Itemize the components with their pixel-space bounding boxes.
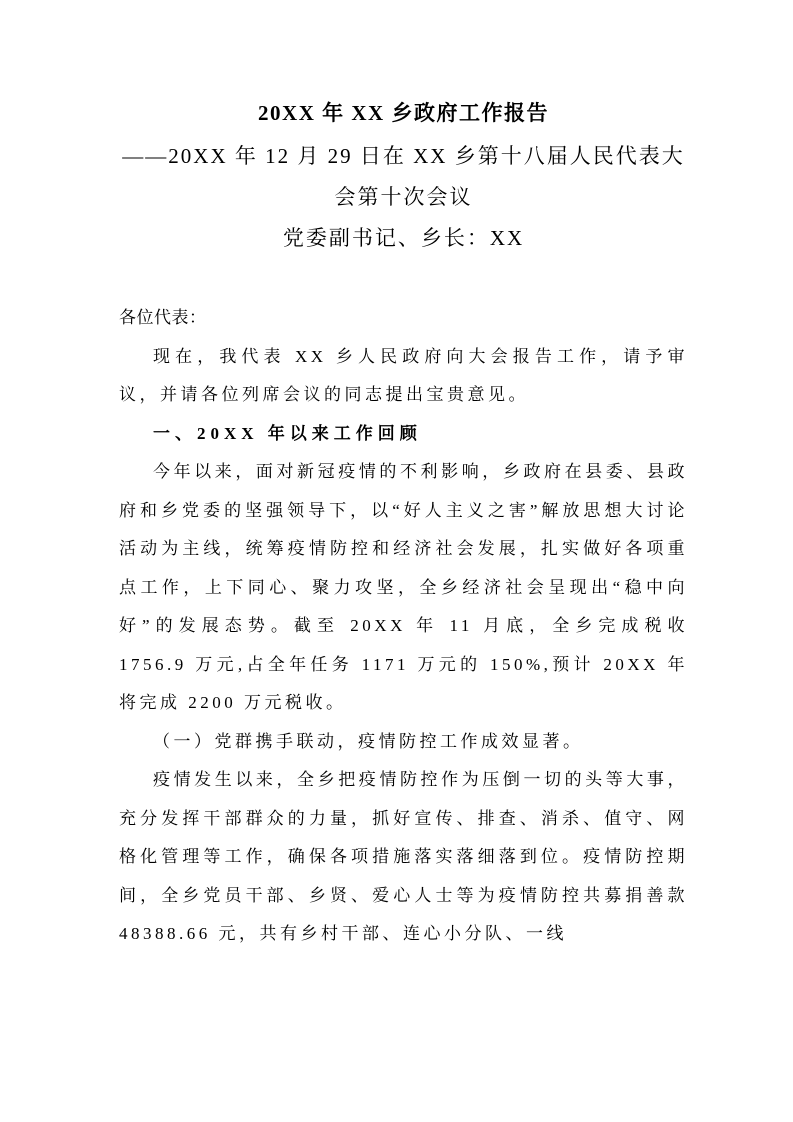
doc-subtitle: ——20XX 年 12 月 29 日在 XX 乡第十八届人民代表大会第十次会议 xyxy=(119,136,688,218)
paragraph-intro: 现在，我代表 XX 乡人民政府向大会报告工作，请予审议，并请各位列席会议的同志提… xyxy=(119,338,688,415)
document-page: 20XX 年 XX 乡政府工作报告 ——20XX 年 12 月 29 日在 XX… xyxy=(0,0,793,1122)
paragraph-review: 今年以来，面对新冠疫情的不利影响，乡政府在县委、县政府和乡党委的坚强领导下，以“… xyxy=(119,453,688,723)
paragraph-epidemic: 疫情发生以来，全乡把疫情防控作为压倒一切的头等大事，充分发挥干部群众的力量，抓好… xyxy=(119,761,688,954)
author-line: 党委副书记、乡长：XX xyxy=(119,218,688,259)
doc-title: 20XX 年 XX 乡政府工作报告 xyxy=(119,90,688,136)
section-heading-1: 一、20XX 年以来工作回顾 xyxy=(119,415,688,454)
salutation: 各位代表： xyxy=(119,299,688,338)
section-heading-1-1: （一）党群携手联动，疫情防控工作成效显著。 xyxy=(119,723,688,762)
